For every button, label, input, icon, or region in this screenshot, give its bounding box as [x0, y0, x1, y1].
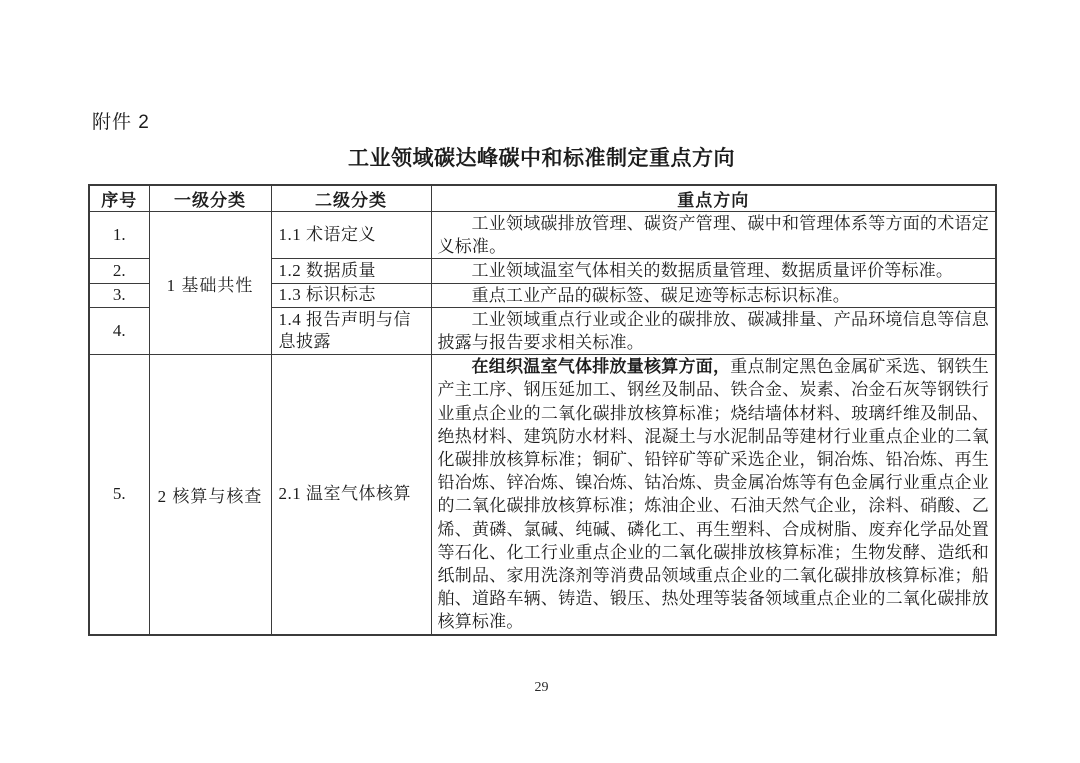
subcategory-cell: 2.1 温室气体核算 [271, 355, 431, 635]
table-header-row: 序号 一级分类 二级分类 重点方向 [89, 185, 996, 212]
row-number-cell: 3. [89, 283, 149, 307]
row-number-cell: 2. [89, 259, 149, 283]
row-number-cell: 5. [89, 355, 149, 635]
direction-paragraph: 工业领域重点行业或企业的碳排放、碳减排量、产品环境信息等信息披露与报告要求相关标… [438, 308, 990, 354]
direction-paragraph: 工业领域温室气体相关的数据质量管理、数据质量评价等标准。 [438, 259, 990, 282]
col-header-seq: 序号 [89, 185, 149, 212]
page-title: 工业领域碳达峰碳中和标准制定重点方向 [88, 146, 995, 171]
row-number-cell: 1. [89, 212, 149, 259]
col-header-level2: 二级分类 [271, 185, 431, 212]
subcategory-cell: 1.2 数据质量 [271, 259, 431, 283]
document-page: 附件 2 工业领域碳达峰碳中和标准制定重点方向 序号 一级分类 二级分类 重点方… [0, 0, 1080, 763]
col-header-level1: 一级分类 [149, 185, 271, 212]
direction-cell: 在组织温室气体排放量核算方面，重点制定黑色金属矿采选、钢铁生产主工序、钢压延加工… [431, 355, 996, 635]
subcategory-cell: 1.4 报告声明与信息披露 [271, 307, 431, 354]
table-row: 5. 2 核算与核查 2.1 温室气体核算 在组织温室气体排放量核算方面，重点制… [89, 355, 996, 635]
direction-cell: 工业领域温室气体相关的数据质量管理、数据质量评价等标准。 [431, 259, 996, 283]
direction-paragraph: 工业领域碳排放管理、碳资产管理、碳中和管理体系等方面的术语定义标准。 [438, 212, 990, 258]
direction-bold-lead: 在组织温室气体排放量核算方面， [472, 357, 731, 376]
row-number-cell: 4. [89, 307, 149, 354]
col-header-direction: 重点方向 [431, 185, 996, 212]
document-content: 附件 2 工业领域碳达峰碳中和标准制定重点方向 序号 一级分类 二级分类 重点方… [88, 112, 995, 696]
direction-paragraph: 重点工业产品的碳标签、碳足迹等标志标识标准。 [438, 284, 990, 307]
direction-paragraph: 在组织温室气体排放量核算方面，重点制定黑色金属矿采选、钢铁生产主工序、钢压延加工… [438, 355, 990, 633]
direction-cell: 工业领域碳排放管理、碳资产管理、碳中和管理体系等方面的术语定义标准。 [431, 212, 996, 259]
direction-cell: 工业领域重点行业或企业的碳排放、碳减排量、产品环境信息等信息披露与报告要求相关标… [431, 307, 996, 354]
direction-cell: 重点工业产品的碳标签、碳足迹等标志标识标准。 [431, 283, 996, 307]
category-cell: 1 基础共性 [149, 212, 271, 355]
category-cell: 2 核算与核查 [149, 355, 271, 635]
page-number: 29 [88, 680, 995, 696]
standards-table: 序号 一级分类 二级分类 重点方向 1. 1 基础共性 1.1 术语定义 工业领… [88, 184, 997, 636]
attachment-label: 附件 2 [92, 112, 995, 134]
direction-rest: 重点制定黑色金属矿采选、钢铁生产主工序、钢压延加工、钢丝及制品、铁合金、炭素、冶… [438, 357, 990, 631]
table-row: 1. 1 基础共性 1.1 术语定义 工业领域碳排放管理、碳资产管理、碳中和管理… [89, 212, 996, 259]
subcategory-cell: 1.1 术语定义 [271, 212, 431, 259]
subcategory-cell: 1.3 标识标志 [271, 283, 431, 307]
